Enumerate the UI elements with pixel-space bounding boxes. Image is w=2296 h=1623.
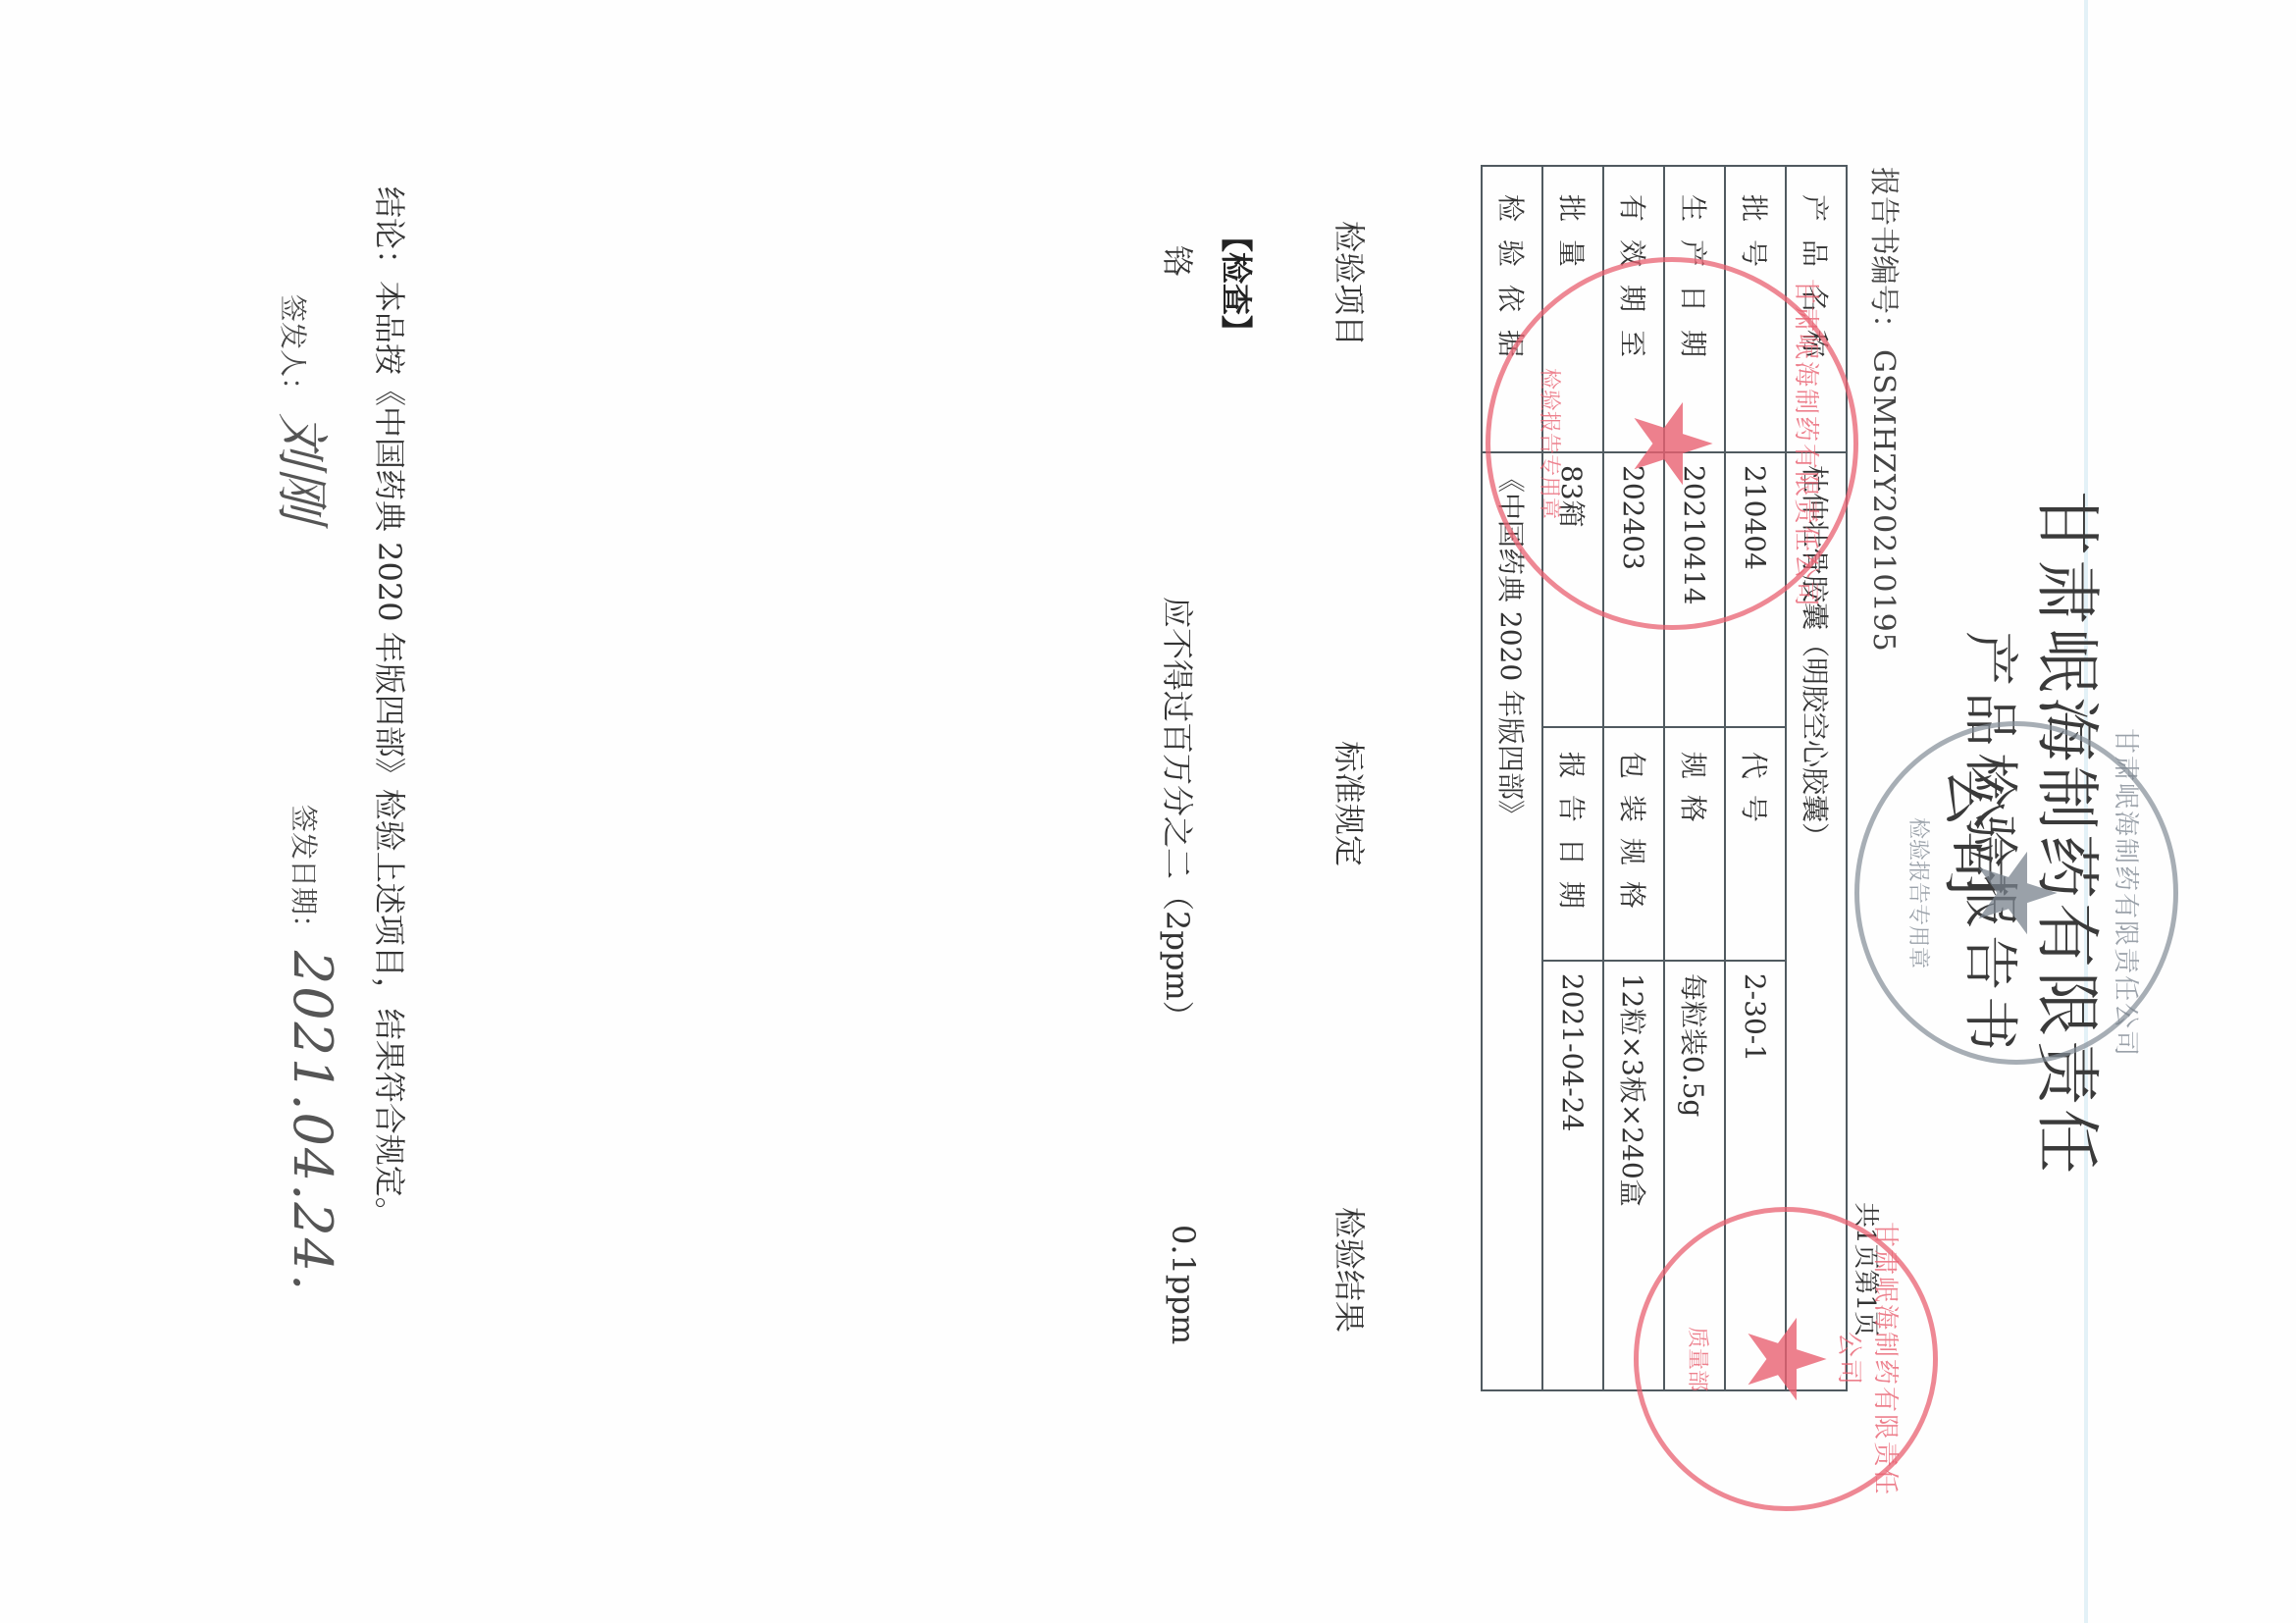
inspection-item-name: 铬 <box>1157 245 1202 277</box>
signer: 签发人： 刘刚 <box>268 294 343 523</box>
label-packaging: 包装规格 <box>1603 727 1664 961</box>
star-icon: ★ <box>1618 395 1726 493</box>
report-number-value: GSMHZY20210195 <box>1866 349 1901 653</box>
red-quality-dept-stamp: 甘肃岷海制药有限责任公司 ★ 质量部 <box>1634 1207 1938 1511</box>
label-code: 代号 <box>1725 727 1786 961</box>
red-inspection-stamp: 甘肃岷海制药有限责任公司 ★ 检验报告专用章 <box>1486 257 1858 630</box>
column-header-standard: 标准规定 <box>1329 741 1374 866</box>
label-spec: 规格 <box>1664 727 1725 961</box>
report-number: 报告书编号：GSMHZY20210195 <box>1865 167 1908 653</box>
value-report-date: 2021-04-24 <box>1542 961 1603 1390</box>
star-icon: ★ <box>1732 1311 1840 1408</box>
stamp-inner-text: 检验报告专用章 <box>1905 726 1935 1060</box>
column-header-item: 检验项目 <box>1329 221 1374 346</box>
stamp-ring-text: 甘肃岷海制药有限责任公司 <box>1790 262 1826 625</box>
report-number-label: 报告书编号： <box>1866 167 1901 343</box>
label-report-date: 报告日期 <box>1542 727 1603 961</box>
sign-date: 签发日期： 2021.04.24. <box>282 805 343 1292</box>
stamp-inner-text: 检验报告专用章 <box>1536 262 1566 625</box>
stamp-ring-text: 甘肃岷海制药有限责任公司 <box>1833 1212 1905 1506</box>
report-page: 甘肃岷海制药有限责任公司 产品检验报告书 报告书编号：GSMHZY2021019… <box>0 0 2296 1623</box>
inspection-item-result: 0.1ppm <box>1165 1225 1202 1344</box>
column-header-result: 检验结果 <box>1329 1207 1374 1333</box>
scanned-document-canvas: 甘肃岷海制药有限责任公司 产品检验报告书 报告书编号：GSMHZY2021019… <box>0 0 2296 1623</box>
gray-inspection-stamp: 甘肃岷海制药有限责任公司 ★ 检验报告专用章 <box>1854 721 2178 1065</box>
sign-date-handwritten: 2021.04.24. <box>282 951 343 1292</box>
signer-signature: 刘刚 <box>271 413 333 523</box>
conclusion-text: 结论：本品按《中国药典 2020 年版四部》检验上述项目，结果符合规定。 <box>369 186 414 1229</box>
inspection-item-standard: 应不得过百万分之二（2ppm） <box>1157 597 1202 1032</box>
sign-date-label: 签发日期： <box>287 805 320 942</box>
star-icon: ★ <box>1962 845 2070 942</box>
section-heading-check: 【检查】 <box>1216 221 1261 346</box>
signer-label: 签发人： <box>277 294 309 404</box>
stamp-inner-text: 质量部 <box>1684 1212 1714 1506</box>
value-basis: 《中国药典 2020 年版四部》 <box>1482 452 1542 1390</box>
stamp-ring-text: 甘肃岷海制药有限责任公司 <box>2110 726 2146 1060</box>
